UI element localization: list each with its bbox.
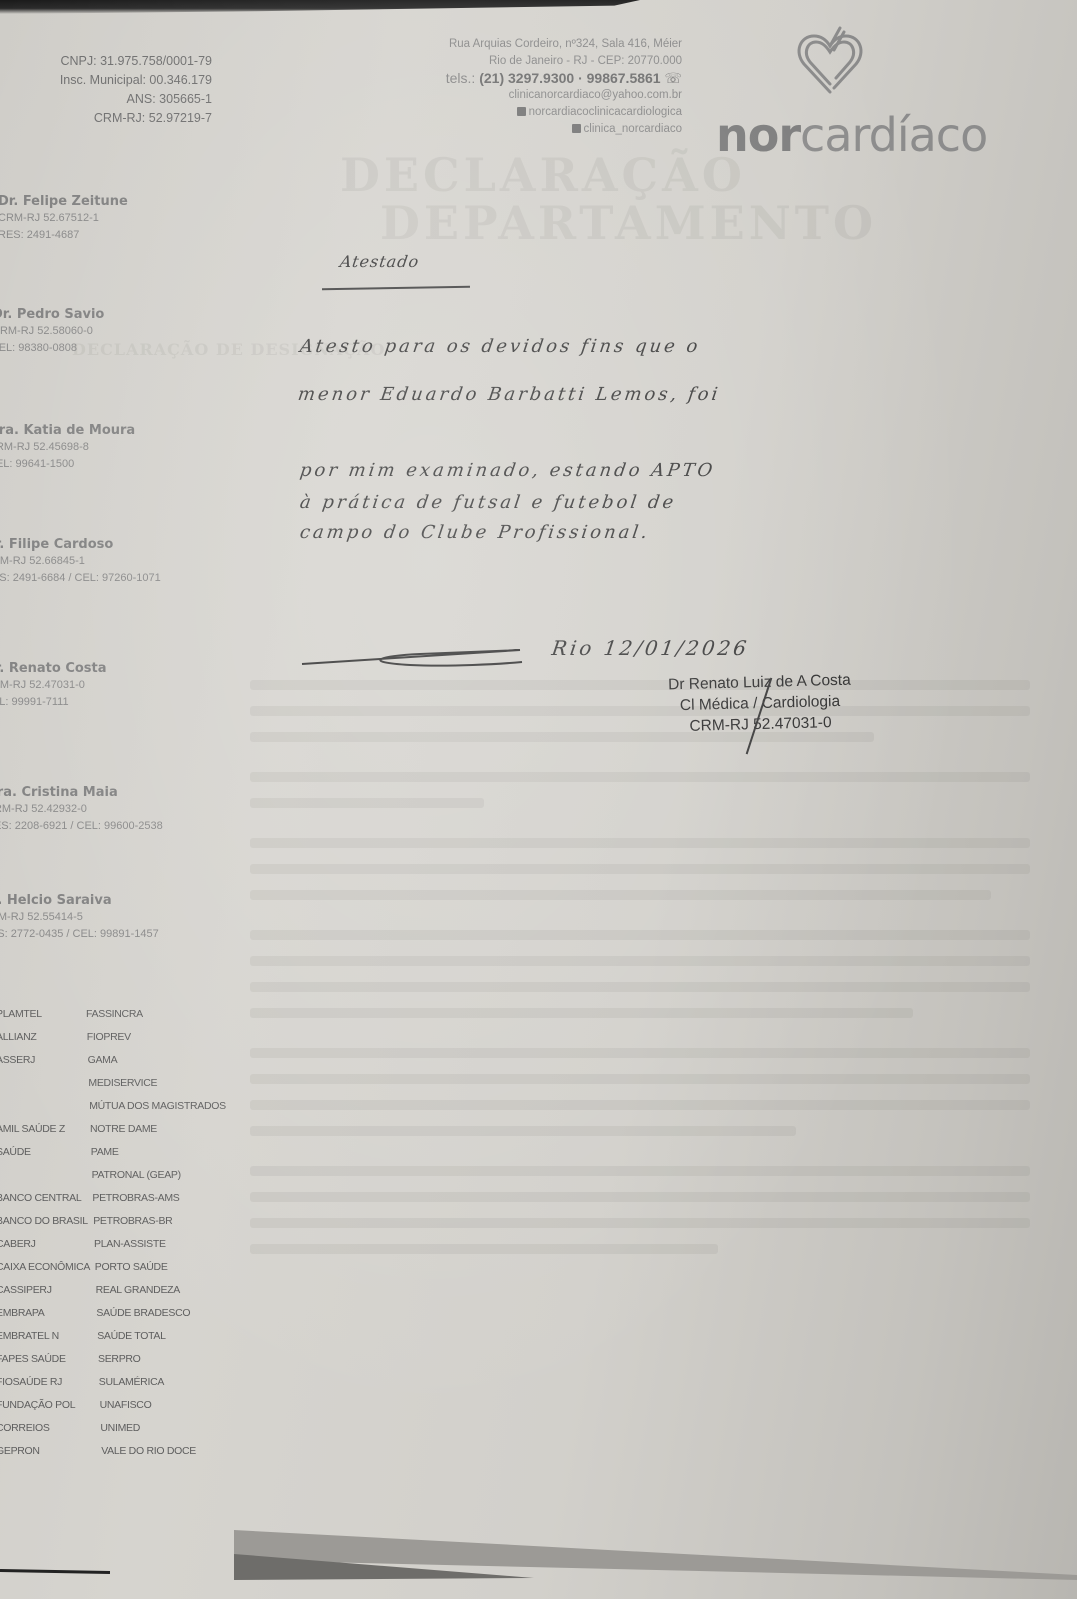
certificate-line: campo do Clube Profissional.: [299, 522, 652, 543]
email: clinicanorcardiaco@yahoo.com.br: [300, 87, 682, 104]
footer-line: [0, 1569, 110, 1574]
insurance-plan: FIOPREV: [87, 1026, 226, 1049]
municipal-registration: Insc. Municipal: 00.346.179: [0, 71, 212, 90]
ghost-title-bottom: DEPARTAMENTO: [380, 196, 877, 250]
insurance-plan: EMBRAPA: [0, 1302, 76, 1325]
doctor-entry: Dr. Filipe CardosoCRM-RJ 52.66845-1RES: …: [0, 536, 161, 587]
insurance-plan: PLAMTEL: [0, 1003, 76, 1026]
city: Rio de Janeiro - RJ - CEP: 20770.000: [300, 53, 682, 70]
insurance-plan: MÚTUA DOS MAGISTRADOS: [89, 1095, 226, 1118]
doctor-entry: Dr. Pedro SavioCRM-RJ 52.58060-0TEL: 983…: [0, 306, 104, 357]
insurance-plan: SAÚDE BRADESCO: [96, 1302, 225, 1325]
instagram-icon: [572, 124, 581, 133]
facebook: norcardiacoclinicacardiologica: [300, 104, 682, 121]
insurance-plan: GAMA: [88, 1049, 226, 1072]
insurance-plan: PAME: [91, 1141, 226, 1164]
facebook-icon: [517, 107, 526, 116]
insurance-plan: CASSIPERJ: [0, 1279, 76, 1302]
ans-number: ANS: 305665-1: [0, 90, 212, 109]
crm-company: CRM-RJ: 52.97219-7: [0, 109, 212, 128]
insurance-plan: ASSERJ: [0, 1049, 76, 1072]
insurance-plan: SULAMÉRICA: [99, 1371, 226, 1394]
company-registration: CNPJ: 31.975.758/0001-79 Insc. Municipal…: [0, 52, 212, 128]
insurance-plan: CORREIOS: [0, 1417, 76, 1440]
insurance-plan: FUNDAÇÃO POL: [0, 1394, 76, 1417]
insurance-plan: MEDISERVICE: [88, 1072, 225, 1095]
street: Rua Arquias Cordeiro, nº324, Sala 416, M…: [300, 36, 682, 53]
insurance-plans-left: PLAMTELALLIANZASSERJAMIL SAÚDE ZSAÚDEBAN…: [0, 1003, 76, 1463]
insurance-plan: VALE DO RIO DOCE: [101, 1440, 226, 1463]
ghost-title-top: DECLARAÇÃO: [340, 148, 746, 202]
heart-icon: [790, 22, 870, 102]
doctor-entry: Dr. Helcio SaraivaCRM-RJ 52.55414-5RES: …: [0, 892, 159, 943]
certificate-title: Atestado: [339, 252, 421, 271]
insurance-plan: SAÚDE: [0, 1141, 76, 1164]
insurance-plan: ALLIANZ: [0, 1026, 76, 1049]
insurance-plan: PATRONAL (GEAP): [92, 1164, 226, 1187]
insurance-plan: BANCO DO BRASIL: [0, 1210, 76, 1233]
whatsapp-icon: ☏: [664, 70, 682, 86]
insurance-plan: [0, 1095, 76, 1118]
phones: tels.: (21) 3297.9300 · 99867.5861 ☏: [300, 70, 682, 87]
insurance-plan: FIOSAÚDE RJ: [0, 1371, 76, 1394]
brand-logo: norcardíaco: [716, 108, 987, 162]
certificate-line: Atesto para os devidos fins que o: [299, 336, 702, 357]
insurance-plan: NOTRE DAME: [90, 1118, 226, 1141]
signature: [300, 640, 540, 670]
insurance-plan: EMBRATEL N: [0, 1325, 76, 1348]
doctor-entry: Dr. Felipe ZeituneCRM-RJ 52.67512-1RES: …: [0, 193, 128, 244]
insurance-plan: PETROBRAS-AMS: [92, 1187, 225, 1210]
insurance-plan: [0, 1164, 76, 1187]
doctor-entry: Dra. Cristina MaiaCRM-RJ 52.42932-0RES: …: [0, 784, 163, 835]
photo-edge-shadow: [0, 0, 640, 14]
doctor-stamp: Dr Renato Luiz de A Costa Cl Médica / Ca…: [639, 669, 881, 738]
insurance-plan: GEPRON: [0, 1440, 76, 1463]
insurance-plan: CABERJ: [0, 1233, 76, 1256]
insurance-plan: UNAFISCO: [100, 1394, 226, 1417]
cnpj: CNPJ: 31.975.758/0001-79: [0, 52, 212, 71]
insurance-plans-right: FASSINCRAFIOPREVGAMAMEDISERVICEMÚTUA DOS…: [86, 1003, 226, 1463]
doctor-entry: Dr. Renato CostaCRM-RJ 52.47031-0CEL: 99…: [0, 660, 107, 711]
insurance-plan: PORTO SAÚDE: [95, 1256, 226, 1279]
insurance-plan: FASSINCRA: [86, 1003, 226, 1026]
certificate-line: por mim examinado, estando APTO: [299, 460, 717, 481]
insurance-plan: REAL GRANDEZA: [96, 1279, 226, 1302]
insurance-plan: AMIL SAÚDE Z: [0, 1118, 76, 1141]
insurance-plan: [0, 1072, 76, 1095]
insurance-plan: PLAN-ASSISTE: [94, 1233, 226, 1256]
certificate-line: à prática de futsal e futebol de: [299, 492, 678, 513]
insurance-plan: PETROBRAS-BR: [93, 1210, 226, 1233]
doctor-entry: Dra. Katia de MouraCRM-RJ 52.45698-8CEL:…: [0, 422, 135, 473]
footer-decorative-band: [234, 1530, 1077, 1580]
insurance-plan: FAPES SAÚDE: [0, 1348, 76, 1371]
certificate-date: Rio 12/01/2026: [550, 636, 751, 660]
instagram: clinica_norcardiaco: [300, 121, 682, 138]
insurance-plan: BANCO CENTRAL: [0, 1187, 76, 1210]
insurance-plan: SAÚDE TOTAL: [97, 1325, 226, 1348]
insurance-plan: SERPRO: [98, 1348, 226, 1371]
insurance-plan: UNIMED: [100, 1417, 225, 1440]
title-underline: [322, 286, 470, 291]
clinic-address: Rua Arquias Cordeiro, nº324, Sala 416, M…: [300, 36, 682, 138]
certificate-line: menor Eduardo Barbatti Lemos, foi: [297, 384, 722, 405]
ghost-paragraphs: [250, 680, 1030, 1270]
insurance-plan: CAIXA ECONÔMICA: [0, 1256, 76, 1279]
